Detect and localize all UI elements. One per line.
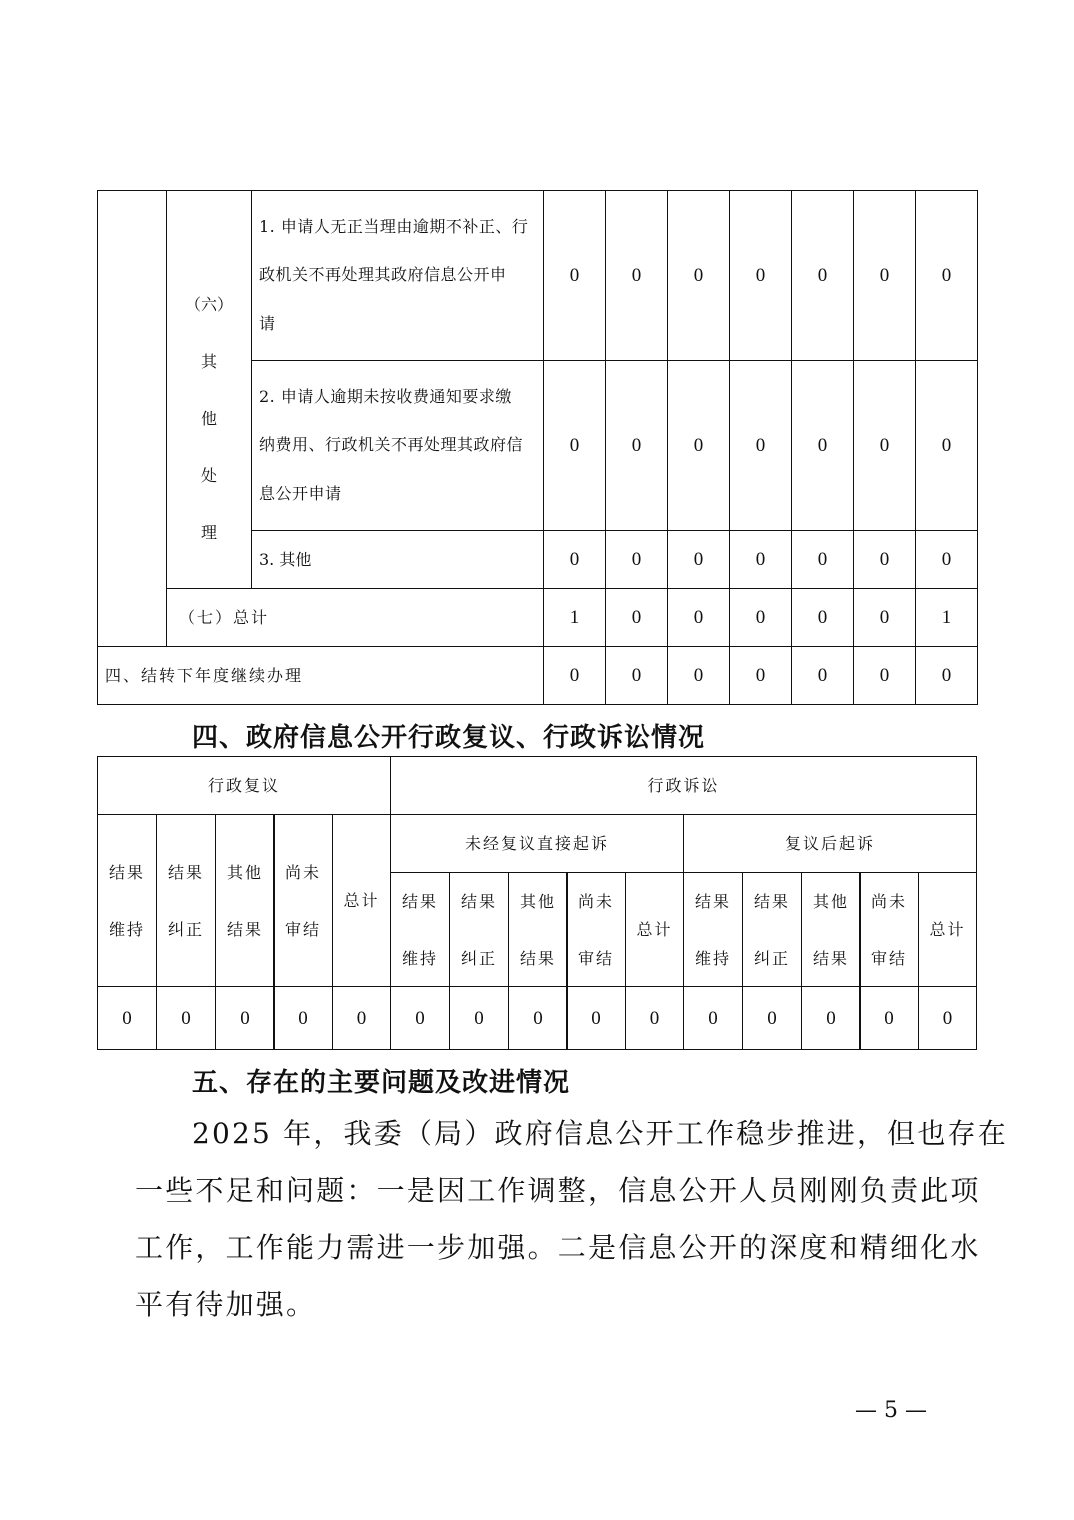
row-label-other: 3. 其他	[251, 530, 544, 589]
header-admin-review: 行政复议	[97, 756, 391, 815]
label-line: 请	[259, 316, 276, 332]
page-number: — 5 —	[855, 1398, 927, 1423]
value-cell: 0	[543, 360, 606, 531]
paragraph-line: 工作，工作能力需进一步加强。二是信息公开的深度和精细化水	[135, 1219, 981, 1276]
col-header: 结果纠正	[742, 872, 802, 987]
col-header: 结果纠正	[449, 872, 509, 987]
value-cell: 0	[605, 360, 668, 531]
col-header: 总计	[918, 872, 977, 987]
header-text: 未经复议直接起诉	[465, 836, 609, 852]
group-label-part: 其	[201, 333, 217, 390]
value-cell: 0	[791, 190, 854, 361]
value-cell: 0	[729, 646, 792, 705]
row-label-total: （七）总计	[166, 588, 544, 647]
value-cell: 0	[853, 530, 916, 589]
value-cell: 0	[667, 588, 730, 647]
value-cell: 0	[625, 986, 684, 1050]
header-text: 行政复议	[208, 778, 280, 794]
value-cell: 0	[667, 530, 730, 589]
label-line: 纳费用、行政机关不再处理其政府信	[259, 437, 523, 453]
label-line: 政机关不再处理其政府信息公开申	[259, 267, 507, 283]
col-header: 结果纠正	[156, 814, 216, 987]
value-cell: 0	[543, 190, 606, 361]
header-direct-suit: 未经复议直接起诉	[390, 814, 684, 873]
value-cell: 0	[915, 530, 978, 589]
value-cell: 0	[605, 588, 668, 647]
outer-category-cell	[97, 190, 167, 647]
col-header: 尚未审结	[273, 814, 333, 987]
value-cell: 0	[729, 360, 792, 531]
header-suit-after-review: 复议后起诉	[683, 814, 977, 873]
row-label-overdue-no-correction: 1. 申请人无正当理由逾期不补正、行 政机关不再处理其政府信息公开申 请	[251, 190, 544, 361]
col-header: 尚未审结	[859, 872, 919, 987]
value-cell: 0	[683, 986, 743, 1050]
value-cell: 0	[853, 190, 916, 361]
value-cell: 0	[918, 986, 977, 1050]
value-cell: 0	[853, 360, 916, 531]
value-cell: 0	[729, 530, 792, 589]
value-cell: 0	[667, 190, 730, 361]
col-header: 结果维持	[683, 872, 743, 987]
col-header: 总计	[332, 814, 391, 987]
value-cell: 0	[156, 986, 216, 1050]
row-label-overdue-no-fee: 2. 申请人逾期未按收费通知要求缴 纳费用、行政机关不再处理其政府信 息公开申请	[251, 360, 544, 531]
value-cell: 0	[791, 530, 854, 589]
value-cell: 0	[332, 986, 391, 1050]
value-cell: 0	[605, 530, 668, 589]
value-cell: 0	[273, 986, 333, 1050]
other-handling-group-label: （六） 其 他 处 理	[166, 190, 252, 589]
value-cell: 1	[915, 588, 978, 647]
label-line: 1. 申请人无正当理由逾期不补正、行	[259, 219, 528, 235]
value-cell: 0	[605, 646, 668, 705]
value-cell: 0	[449, 986, 509, 1050]
value-cell: 0	[915, 190, 978, 361]
header-admin-litigation: 行政诉讼	[390, 756, 977, 815]
label-line: 息公开申请	[259, 486, 342, 502]
group-label-part: 处	[201, 447, 217, 504]
label-text: 3. 其他	[259, 552, 311, 568]
paragraph-line: 平有待加强。	[135, 1276, 316, 1333]
value-cell: 0	[729, 190, 792, 361]
value-cell: 0	[729, 588, 792, 647]
col-header: 其他结果	[215, 814, 275, 987]
value-cell: 0	[915, 646, 978, 705]
value-cell: 0	[97, 986, 157, 1050]
value-cell: 0	[215, 986, 275, 1050]
col-header: 总计	[625, 872, 684, 987]
col-header: 尚未审结	[566, 872, 626, 987]
header-text: 复议后起诉	[785, 836, 875, 852]
paragraph-line: 一些不足和问题：一是因工作调整，信息公开人员刚刚负责此项	[135, 1162, 981, 1219]
section-4-heading: 四、政府信息公开行政复议、行政诉讼情况	[192, 717, 705, 754]
value-cell: 0	[915, 360, 978, 531]
section-5-heading: 五、存在的主要问题及改进情况	[192, 1062, 570, 1099]
value-cell: 0	[859, 986, 919, 1050]
value-cell: 0	[853, 646, 916, 705]
value-cell: 0	[566, 986, 626, 1050]
col-header: 结果维持	[390, 872, 450, 987]
header-text: 行政诉讼	[647, 778, 719, 794]
value-cell: 0	[801, 986, 861, 1050]
value-cell: 0	[742, 986, 802, 1050]
value-cell: 1	[543, 588, 606, 647]
group-label-part: 他	[201, 390, 217, 447]
value-cell: 0	[853, 588, 916, 647]
value-cell: 0	[791, 588, 854, 647]
label-text: （七）总计	[179, 610, 269, 626]
col-header: 结果维持	[97, 814, 157, 987]
value-cell: 0	[390, 986, 450, 1050]
value-cell: 0	[543, 530, 606, 589]
col-header: 其他结果	[801, 872, 861, 987]
value-cell: 0	[605, 190, 668, 361]
row-label-carry-over: 四、结转下年度继续办理	[97, 646, 544, 705]
value-cell: 0	[791, 646, 854, 705]
group-label-part: 理	[201, 504, 217, 561]
group-label-part: （六）	[185, 276, 233, 333]
label-line: 2. 申请人逾期未按收费通知要求缴	[259, 389, 512, 405]
value-cell: 0	[667, 646, 730, 705]
value-cell: 0	[543, 646, 606, 705]
label-text: 四、结转下年度继续办理	[105, 668, 303, 684]
col-header: 其他结果	[508, 872, 568, 987]
paragraph-line: 2025 年，我委（局）政府信息公开工作稳步推进，但也存在	[192, 1105, 1008, 1162]
value-cell: 0	[667, 360, 730, 531]
value-cell: 0	[791, 360, 854, 531]
value-cell: 0	[508, 986, 568, 1050]
